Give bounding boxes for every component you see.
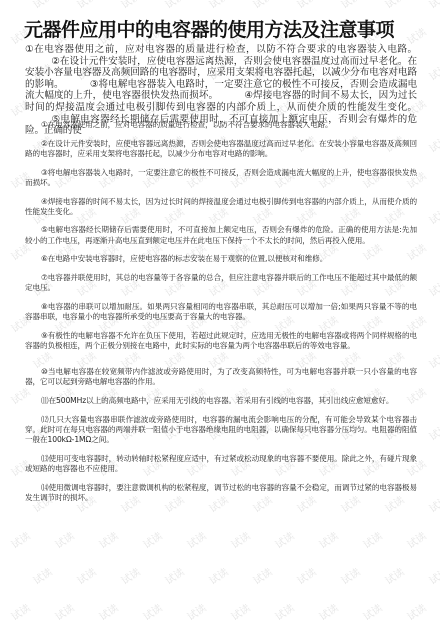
paragraph-4: ④焊接电容器的时间不易太长，因为过长时间的焊接温度会通过电极引脚传到电容器的内部… xyxy=(25,197,417,217)
watermark-text: 试读 xyxy=(74,564,99,588)
watermark-text: 试读 xyxy=(96,600,121,620)
watermark-text: 试读 xyxy=(184,600,209,620)
watermark-text: 试读 xyxy=(8,528,33,552)
paragraph-10: ⑩当电解电容器在较宽频带内作滤波或旁路使用时，为了改变高频特性，可为电解电容器并… xyxy=(25,367,417,387)
watermark-text: 试读 xyxy=(140,528,165,552)
watermark-text: 试读 xyxy=(404,600,429,620)
watermark-text: 试读 xyxy=(360,528,385,552)
watermark-text: 试读 xyxy=(162,0,187,11)
watermark-text: 试读 xyxy=(8,600,33,620)
watermark-text: 试读 xyxy=(316,600,341,620)
watermark-text: 试读 xyxy=(272,600,297,620)
watermark-text: 试读 xyxy=(228,600,253,620)
watermark-text: 试读 xyxy=(382,564,407,588)
watermark-text: 试读 xyxy=(52,600,77,620)
watermark-text: 试读 xyxy=(426,60,440,84)
watermark-text: 试读 xyxy=(30,564,55,588)
watermark-text: 试读 xyxy=(426,420,440,444)
watermark-text: 试读 xyxy=(426,0,440,11)
watermark-text: 试读 xyxy=(338,564,363,588)
watermark-text: 试读 xyxy=(206,0,231,11)
watermark-text: 试读 xyxy=(316,528,341,552)
watermark-text: 试读 xyxy=(30,0,55,11)
watermark-text: 试读 xyxy=(228,528,253,552)
watermark-text: 试读 xyxy=(162,564,187,588)
watermark-text: 试读 xyxy=(206,564,231,588)
watermark-text: 试读 xyxy=(338,0,363,11)
watermark-text: 试读 xyxy=(250,0,275,11)
paragraph-2: ②在设计元件安装时，应使电容器远离热源，否则会使电容器温度过高而过早老化。在安装… xyxy=(25,139,417,159)
watermark-text: 试读 xyxy=(294,0,319,11)
paragraph-8: ⑧电容器的串联可以增加耐压。如果两只容量相同的电容器串联，其总耐压可以增加一倍;… xyxy=(25,302,417,322)
watermark-text: 试读 xyxy=(426,204,440,228)
paragraph-1: ①在电容器使用之前，应对电容器的质量进行检查，以防不符合要求的电容器装入电路。 xyxy=(25,120,417,130)
watermark-text: 试读 xyxy=(426,564,440,588)
watermark-text: 试读 xyxy=(360,600,385,620)
watermark-text: 试读 xyxy=(294,564,319,588)
watermark-text: 试读 xyxy=(52,528,77,552)
paragraph-7: ⑦电容器并联使用时，其总的电容量等于各容量的总合，但应注意电容器并联后的工作电压… xyxy=(25,273,417,293)
intro-segment-1: ①在电容器使用之前，应对电容器的质量进行检查，以防不符合要求的电容器装入电路。 xyxy=(25,44,417,55)
watermark-text: 试读 xyxy=(382,0,407,11)
document-page: 试读试读试读试读试读试读试读试读试读试读试读试读试读试读试读试读试读试读试读试读… xyxy=(0,0,440,620)
watermark-text: 试读 xyxy=(96,528,121,552)
paragraph-6: ⑥在电路中安装电容器时，应使电容器的标志安装在易于观察的位置,以便核对和维修。 xyxy=(25,254,417,264)
paragraph-9: ⑨有极性的电解电容器不允许在负压下使用，若超过此规定时，应选用无极性的电解电容器… xyxy=(25,331,417,351)
watermark-text: 试读 xyxy=(140,600,165,620)
watermark-text: 试读 xyxy=(426,276,440,300)
document-title: 元器件应用中的电容器的使用方法及注意事项 xyxy=(24,15,394,42)
watermark-text: 试读 xyxy=(74,0,99,11)
watermark-text: 试读 xyxy=(426,348,440,372)
watermark-text: 试读 xyxy=(184,528,209,552)
paragraph-13: ⒀使用可变电容器时，转动转轴时松紧程度应适中，有过紧或松动现象的电容器不要使用。… xyxy=(25,454,417,474)
watermark-text: 试读 xyxy=(250,564,275,588)
watermark-text: 试读 xyxy=(426,492,440,516)
paragraph-12: ⑿几只大容量电容器串联作滤波或旁路使用时，电容器的漏电流会影响电压的分配，有可能… xyxy=(25,415,417,446)
paragraph-list: ①在电容器使用之前，应对电容器的质量进行检查，以防不符合要求的电容器装入电路。 … xyxy=(25,120,417,512)
paragraph-14: ⒁使用微调电容器时，要注意微调机构的松紧程度，调节过松的电容器的容量不会稳定，而… xyxy=(25,483,417,503)
paragraph-11: ⑾在500MHz以上的高频电路中，应采用无引线的电容器。若采用有引线的电容器，其… xyxy=(25,396,417,406)
paragraph-3: ③将电解电容器装入电路时，一定要注意它的极性不可接反，否则会造成漏电流大幅度的上… xyxy=(25,168,417,188)
watermark-text: 试读 xyxy=(426,132,440,156)
watermark-text: 试读 xyxy=(118,564,143,588)
watermark-text: 试读 xyxy=(118,0,143,11)
watermark-text: 试读 xyxy=(404,528,429,552)
paragraph-5: ⑤电解电容器经长期储存后需要使用时，不可直接加上额定电压，否则会有爆炸的危险。正… xyxy=(25,225,417,245)
watermark-text: 试读 xyxy=(272,528,297,552)
